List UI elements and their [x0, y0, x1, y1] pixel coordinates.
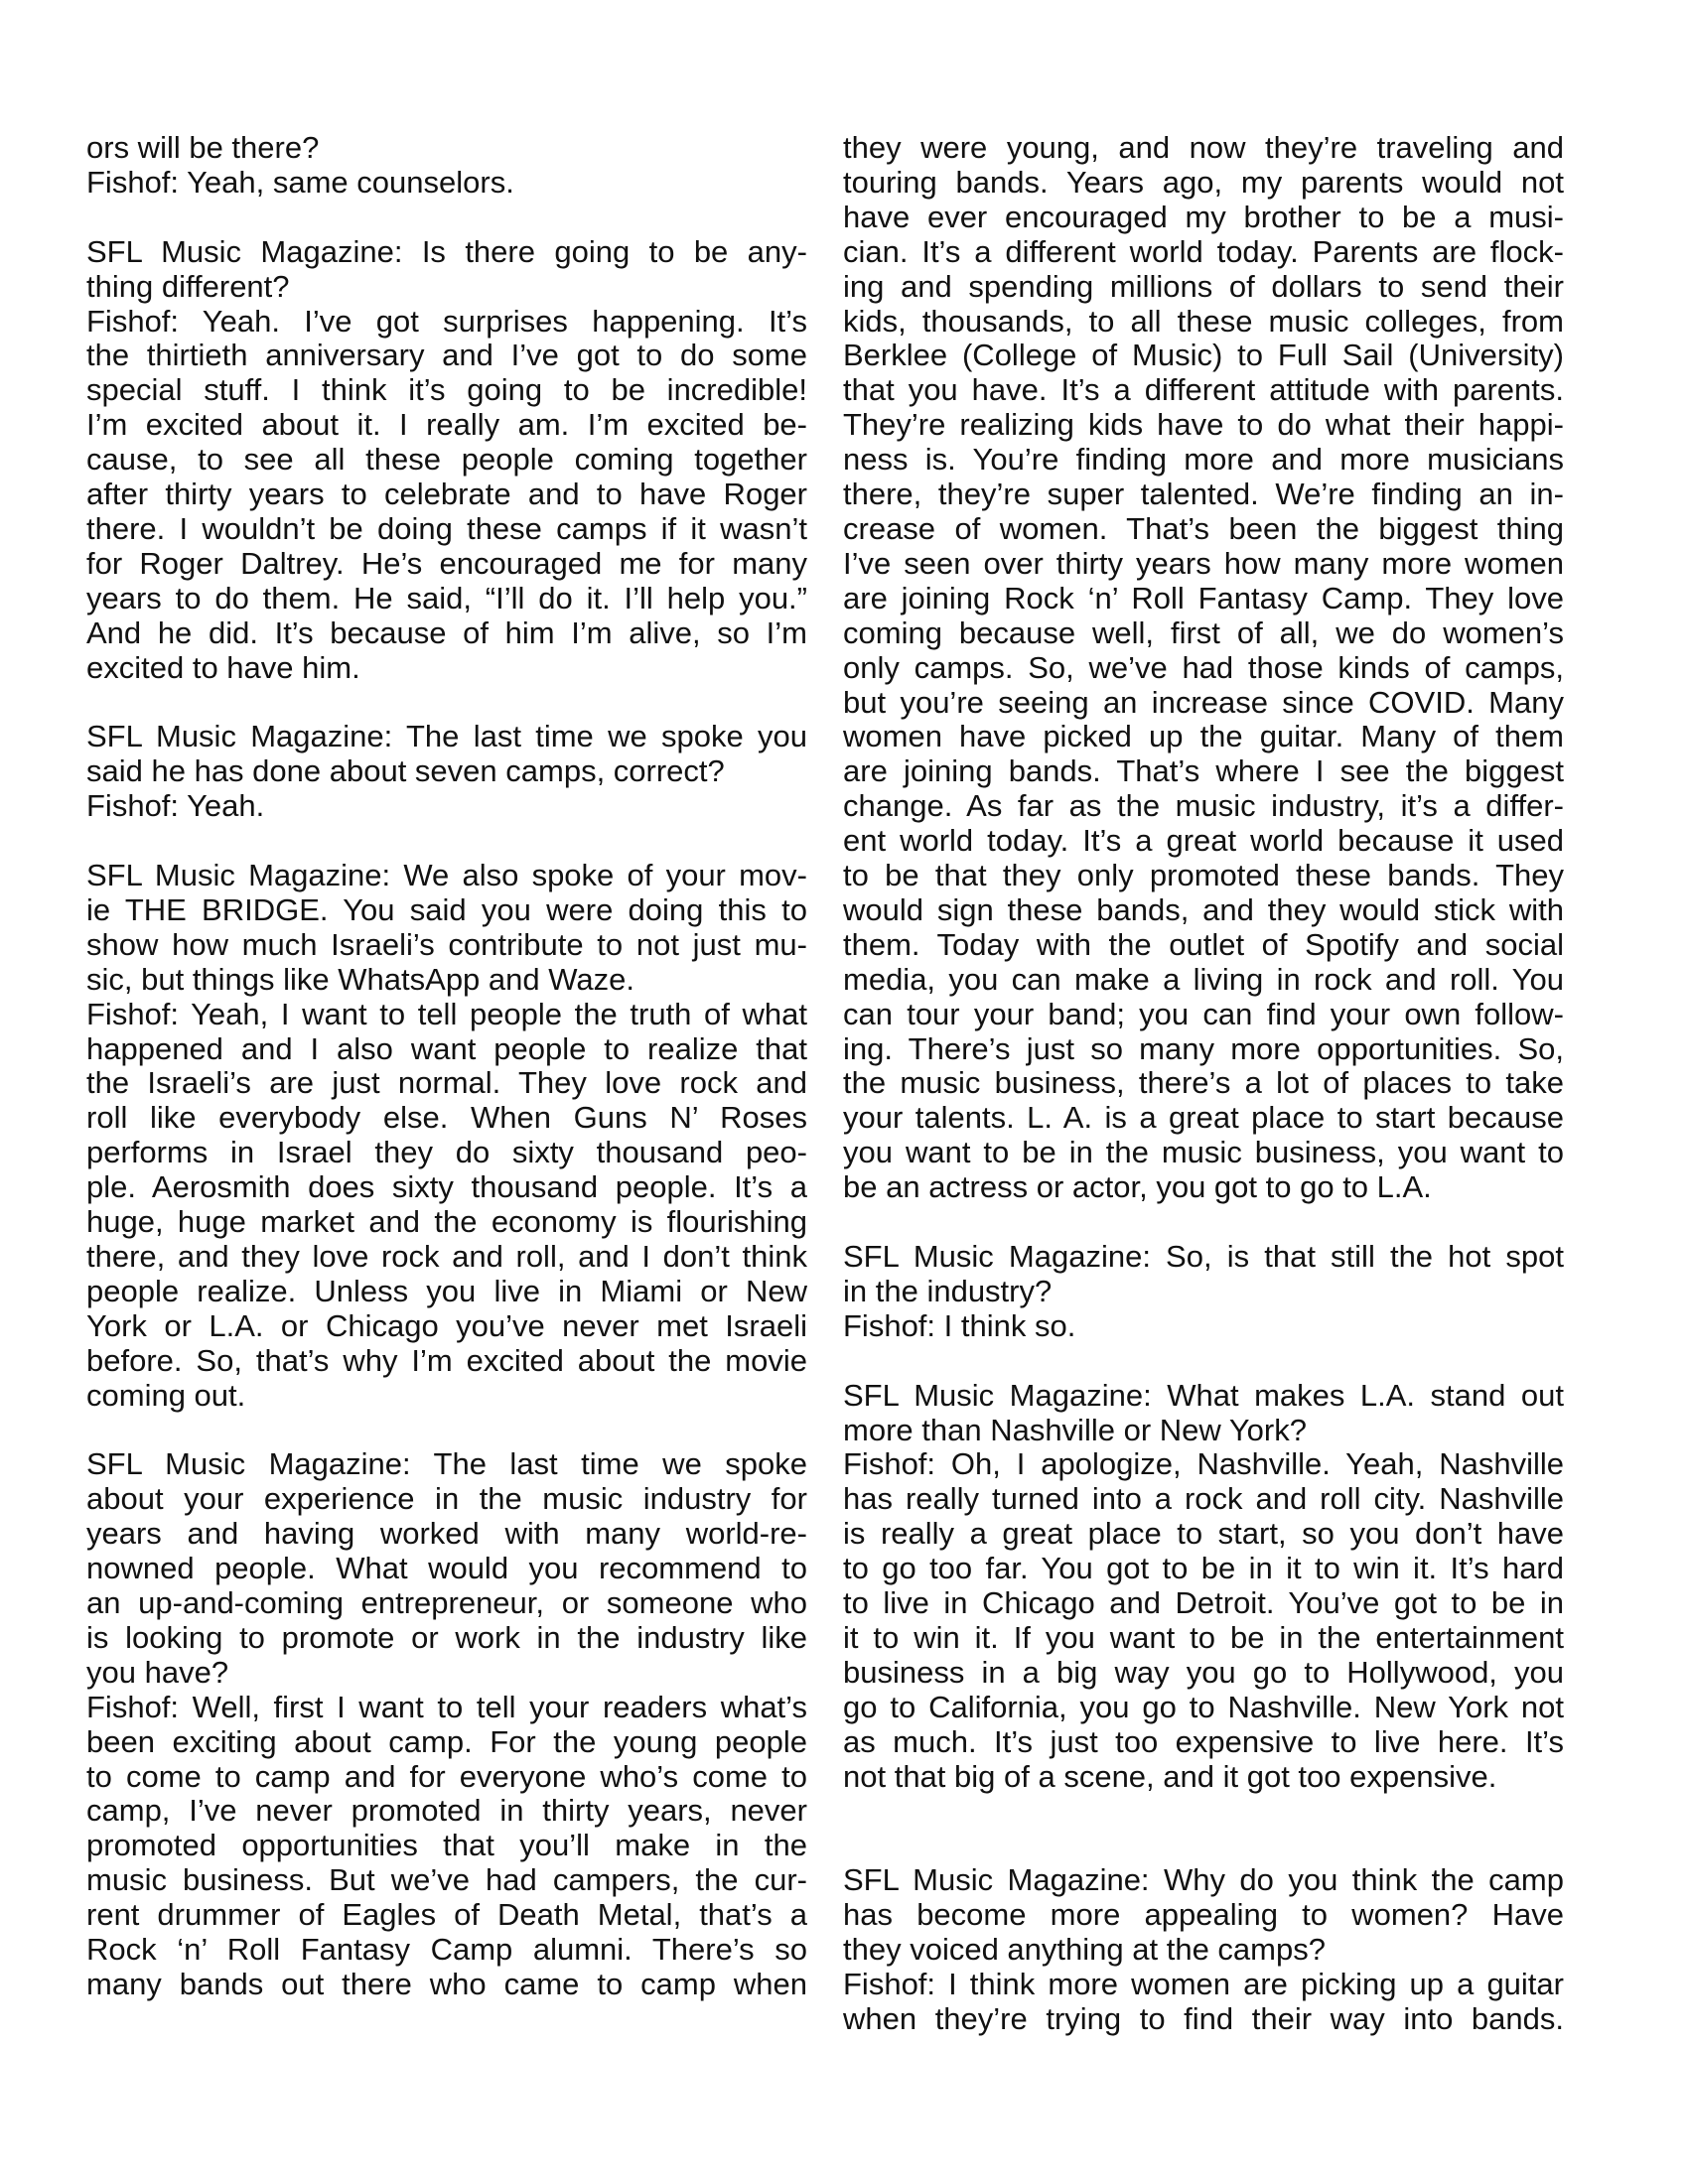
fishof-answer: Fishof: Yeah, same counselors.: [86, 166, 807, 201]
text-line: roll like everybody else. When Guns N’ R…: [86, 1101, 807, 1136]
interviewer-question: SFL Music Magazine: The last time we spo…: [86, 1447, 807, 1690]
paragraph-spacer: [843, 1205, 1564, 1240]
text-line: have ever encouraged my brother to be a …: [843, 201, 1564, 235]
text-line: before. So, that’s why I’m excited about…: [86, 1344, 807, 1379]
paragraph-spacer: [843, 1794, 1564, 1863]
text-line: to come to camp and for everyone who’s c…: [86, 1760, 807, 1795]
text-line: cause, to see all these people coming to…: [86, 443, 807, 478]
interviewer-question: SFL Music Magazine: So, is that still th…: [843, 1240, 1564, 1309]
text-line: Berklee (College of Music) to Full Sail …: [843, 339, 1564, 373]
text-line: there, they’re super talented. We’re fin…: [843, 478, 1564, 512]
text-line: show how much Israeli’s contribute to no…: [86, 928, 807, 963]
text-line: promoted opportunities that you’ll make …: [86, 1829, 807, 1863]
text-line: crease of women. That’s been the biggest…: [843, 512, 1564, 547]
text-line: to go too far. You got to be in it to wi…: [843, 1552, 1564, 1586]
text-line: SFL Music Magazine: We also spoke of you…: [86, 859, 807, 893]
text-line: many bands out there who came to camp wh…: [86, 1968, 807, 2002]
text-line: not that big of a scene, and it got too …: [843, 1760, 1564, 1795]
text-line: are joining bands. That’s where I see th…: [843, 754, 1564, 789]
text-line: but you’re seeing an increase since COVI…: [843, 686, 1564, 721]
text-line: has become more appealing to women? Have: [843, 1898, 1564, 1933]
text-line: the Israeli’s are just normal. They love…: [86, 1066, 807, 1101]
text-line: SFL Music Magazine: The last time we spo…: [86, 1447, 807, 1482]
text-line: are joining Rock ‘n’ Roll Fantasy Camp. …: [843, 582, 1564, 616]
magazine-page: ors will be there?Fishof: Yeah, same cou…: [0, 0, 1688, 2184]
text-line: business in a big way you go to Hollywoo…: [843, 1656, 1564, 1691]
answer-continued: ors will be there?: [86, 131, 807, 166]
interviewer-question: SFL Music Magazine: Is there going to be…: [86, 235, 807, 305]
text-line: they voiced anything at the camps?: [843, 1933, 1564, 1968]
text-line: SFL Music Magazine: Is there going to be…: [86, 235, 807, 270]
text-line: I’ve seen over thirty years how many mor…: [843, 547, 1564, 582]
interviewer-question: SFL Music Magazine: We also spoke of you…: [86, 859, 807, 998]
text-line: coming out.: [86, 1379, 807, 1414]
text-line: rent drummer of Eagles of Death Metal, t…: [86, 1898, 807, 1933]
text-line: the music business, there’s a lot of pla…: [843, 1066, 1564, 1101]
paragraph-spacer: [843, 1344, 1564, 1379]
text-line: sic, but things like WhatsApp and Waze.: [86, 963, 807, 998]
text-line: SFL Music Magazine: Why do you think the…: [843, 1863, 1564, 1898]
text-line: Fishof: I think more women are picking u…: [843, 1968, 1564, 2002]
text-line: said he has done about seven camps, corr…: [86, 754, 807, 789]
fishof-answer: Fishof: Oh, I apologize, Nashville. Yeah…: [843, 1447, 1564, 1794]
text-line: I’m excited about it. I really am. I’m e…: [86, 408, 807, 443]
text-line: cian. It’s a different world today. Pare…: [843, 235, 1564, 270]
text-line: be an actress or actor, you got to go to…: [843, 1170, 1564, 1205]
text-line: would sign these bands, and they would s…: [843, 893, 1564, 928]
text-line: ors will be there?: [86, 131, 807, 166]
text-line: for Roger Daltrey. He’s encouraged me fo…: [86, 547, 807, 582]
text-line: you want to be in the music business, yo…: [843, 1136, 1564, 1170]
text-line: And he did. It’s because of him I’m aliv…: [86, 616, 807, 651]
interviewer-question: SFL Music Magazine: Why do you think the…: [843, 1863, 1564, 1968]
fishof-answer: Fishof: Yeah.: [86, 789, 807, 824]
paragraph-spacer: [86, 824, 807, 859]
text-line: more than Nashville or New York?: [843, 1414, 1564, 1448]
text-line: Fishof: Yeah.: [86, 789, 807, 824]
text-line: SFL Music Magazine: What makes L.A. stan…: [843, 1379, 1564, 1414]
interviewer-question: SFL Music Magazine: The last time we spo…: [86, 720, 807, 789]
text-line: SFL Music Magazine: So, is that still th…: [843, 1240, 1564, 1275]
text-line: coming because well, first of all, we do…: [843, 616, 1564, 651]
text-line: there, and they love rock and roll, and …: [86, 1240, 807, 1275]
text-line: ing. There’s just so many more opportuni…: [843, 1032, 1564, 1067]
text-line: special stuff. I think it’s going to be …: [86, 373, 807, 408]
fishof-answer: Fishof: I think more women are picking u…: [843, 1968, 1564, 2037]
text-line: the thirtieth anniversary and I’ve got t…: [86, 339, 807, 373]
fishof-answer: Fishof: Well, first I want to tell your …: [86, 1691, 807, 2002]
text-line: touring bands. Years ago, my parents wou…: [843, 166, 1564, 201]
text-line: years to do them. He said, “I’ll do it. …: [86, 582, 807, 616]
text-line: ple. Aerosmith does sixty thousand peopl…: [86, 1170, 807, 1205]
text-line: excited to have him.: [86, 651, 807, 686]
text-line: you have?: [86, 1656, 807, 1691]
text-line: happened and I also want people to reali…: [86, 1032, 807, 1067]
text-line: can tour your band; you can find your ow…: [843, 998, 1564, 1032]
text-line: after thirty years to celebrate and to h…: [86, 478, 807, 512]
text-line: people realize. Unless you live in Miami…: [86, 1275, 807, 1309]
text-line: change. As far as the music industry, it…: [843, 789, 1564, 824]
text-line: kids, thousands, to all these music coll…: [843, 305, 1564, 340]
text-line: camp, I’ve never promoted in thirty year…: [86, 1794, 807, 1829]
text-line: Fishof: Yeah. I’ve got surprises happeni…: [86, 305, 807, 340]
fishof-answer: Fishof: I think so.: [843, 1309, 1564, 1344]
text-line: them. Today with the outlet of Spotify a…: [843, 928, 1564, 963]
text-line: huge, huge market and the economy is flo…: [86, 1205, 807, 1240]
text-line: Rock ‘n’ Roll Fantasy Camp alumni. There…: [86, 1933, 807, 1968]
text-line: as much. It’s just too expensive to live…: [843, 1725, 1564, 1760]
text-line: Fishof: Yeah, same counselors.: [86, 166, 807, 201]
text-line: SFL Music Magazine: The last time we spo…: [86, 720, 807, 754]
text-line: only camps. So, we’ve had those kinds of…: [843, 651, 1564, 686]
text-line: ness is. You’re finding more and more mu…: [843, 443, 1564, 478]
text-line: there. I wouldn’t be doing these camps i…: [86, 512, 807, 547]
text-line: is really a great place to start, so you…: [843, 1517, 1564, 1552]
text-line: women have picked up the guitar. Many of…: [843, 720, 1564, 754]
text-line: that you have. It’s a different attitude…: [843, 373, 1564, 408]
paragraph-spacer: [86, 685, 807, 720]
text-line: your talents. L. A. is a great place to …: [843, 1101, 1564, 1136]
fishof-answer-continued: they were young, and now they’re traveli…: [843, 131, 1564, 1205]
text-line: has really turned into a rock and roll c…: [843, 1482, 1564, 1517]
text-line: thing different?: [86, 270, 807, 305]
text-line: ing and spending millions of dollars to …: [843, 270, 1564, 305]
text-line: Fishof: Well, first I want to tell your …: [86, 1691, 807, 1725]
paragraph-spacer: [86, 1413, 807, 1447]
text-line: years and having worked with many world-…: [86, 1517, 807, 1552]
text-line: is looking to promote or work in the ind…: [86, 1621, 807, 1656]
text-line: Fishof: Yeah, I want to tell people the …: [86, 998, 807, 1032]
interviewer-question: SFL Music Magazine: What makes L.A. stan…: [843, 1379, 1564, 1448]
text-line: they were young, and now they’re traveli…: [843, 131, 1564, 166]
fishof-answer: Fishof: Yeah, I want to tell people the …: [86, 998, 807, 1414]
text-line: an up-and-coming entrepreneur, or someon…: [86, 1586, 807, 1621]
text-line: ent world today. It’s a great world beca…: [843, 824, 1564, 859]
right-column: they were young, and now they’re traveli…: [843, 131, 1564, 2037]
text-line: nowned people. What would you recommend …: [86, 1552, 807, 1586]
text-line: to be that they only promoted these band…: [843, 859, 1564, 893]
text-line: go to California, you go to Nashville. N…: [843, 1691, 1564, 1725]
text-line: been exciting about camp. For the young …: [86, 1725, 807, 1760]
left-column: ors will be there?Fishof: Yeah, same cou…: [86, 131, 807, 2002]
text-line: to live in Chicago and Detroit. You’ve g…: [843, 1586, 1564, 1621]
text-line: media, you can make a living in rock and…: [843, 963, 1564, 998]
text-line: music business. But we’ve had campers, t…: [86, 1863, 807, 1898]
text-line: about your experience in the music indus…: [86, 1482, 807, 1517]
text-line: when they’re trying to find their way in…: [843, 2002, 1564, 2037]
text-line: ie THE BRIDGE. You said you were doing t…: [86, 893, 807, 928]
text-line: in the industry?: [843, 1275, 1564, 1309]
text-line: it to win it. If you want to be in the e…: [843, 1621, 1564, 1656]
fishof-answer: Fishof: Yeah. I’ve got surprises happeni…: [86, 305, 807, 686]
text-line: York or L.A. or Chicago you’ve never met…: [86, 1309, 807, 1344]
text-line: Fishof: Oh, I apologize, Nashville. Yeah…: [843, 1447, 1564, 1482]
text-line: They’re realizing kids have to do what t…: [843, 408, 1564, 443]
text-line: performs in Israel they do sixty thousan…: [86, 1136, 807, 1170]
text-line: Fishof: I think so.: [843, 1309, 1564, 1344]
paragraph-spacer: [86, 201, 807, 235]
